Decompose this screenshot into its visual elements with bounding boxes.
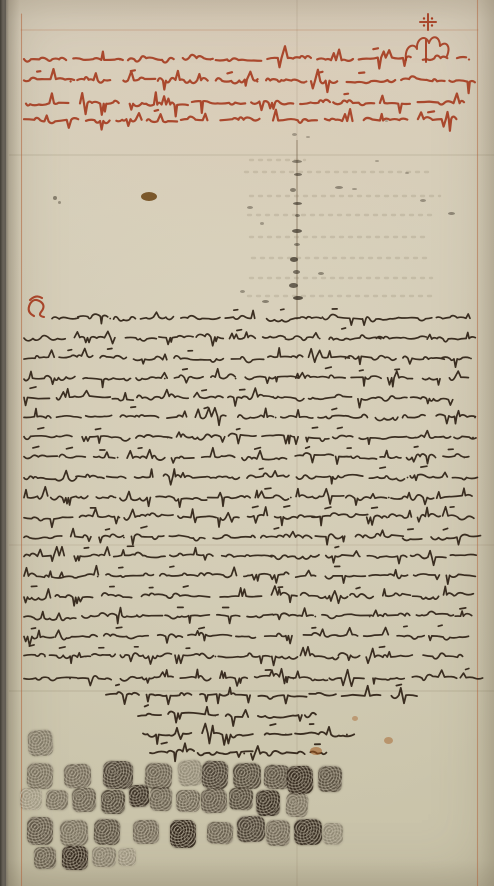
seal-stamp	[287, 766, 314, 795]
seal-stamp	[118, 848, 136, 866]
script-stroke	[24, 69, 475, 93]
ink-spot	[306, 136, 310, 138]
ink-spot	[293, 296, 303, 300]
seal-stamp	[34, 847, 57, 870]
seal-stamp	[323, 823, 344, 846]
seal-stamp	[27, 763, 54, 790]
cross-dot	[423, 24, 425, 26]
ink-spot	[290, 188, 296, 192]
script-stroke	[24, 46, 469, 68]
seal-stamp	[201, 789, 228, 814]
ink-spot	[294, 243, 300, 246]
seal-stamp	[294, 819, 322, 845]
seal-stamp	[94, 819, 121, 846]
seal-stamp	[62, 846, 88, 870]
seal-stamp	[202, 761, 229, 790]
seal-stamp	[128, 784, 149, 807]
script-stroke	[24, 387, 453, 408]
script-stroke	[26, 92, 464, 116]
script-stroke	[24, 506, 474, 528]
cross-dot	[431, 17, 433, 19]
ink-spot	[53, 196, 57, 200]
script-stroke	[138, 705, 316, 726]
seal-stamp	[256, 790, 280, 816]
cross-dot	[431, 24, 433, 26]
ink-spot	[405, 172, 409, 174]
ink-spot	[260, 222, 264, 225]
handwriting-layer	[0, 0, 494, 886]
ink-spot	[141, 192, 157, 201]
script-stroke	[29, 296, 44, 317]
seal-stamp	[266, 820, 290, 846]
script-stroke	[406, 37, 449, 62]
ink-spot	[289, 283, 298, 288]
seal-stamp	[229, 788, 254, 811]
seal-stamp	[144, 762, 172, 789]
seal-stamp	[237, 816, 266, 843]
ink-spot	[448, 212, 455, 215]
seal-stamp	[20, 788, 42, 810]
ink-spot	[384, 737, 393, 744]
script-stroke	[52, 309, 470, 325]
ink-spot	[290, 257, 298, 262]
manuscript-photograph	[0, 0, 494, 886]
script-stroke	[106, 685, 417, 705]
script-stroke	[24, 607, 472, 623]
script-stroke	[24, 586, 473, 606]
seal-stamp	[285, 792, 308, 817]
seal-stamp	[176, 790, 200, 812]
script-stroke	[24, 669, 483, 687]
seal-stamp	[150, 787, 173, 812]
ink-spot	[420, 199, 426, 202]
ink-spot	[262, 300, 269, 303]
seal-stamp	[27, 729, 53, 756]
seal-stamp	[103, 761, 133, 790]
ink-spot	[292, 229, 302, 233]
script-stroke	[24, 546, 476, 565]
ink-spot	[318, 272, 324, 275]
script-stroke	[24, 407, 475, 425]
script-stroke	[24, 447, 469, 465]
ink-spot	[294, 173, 302, 176]
ink-spot	[385, 120, 388, 122]
ink-spot	[310, 747, 322, 755]
seal-stamp	[133, 820, 159, 844]
seal-stamp	[60, 820, 89, 847]
script-stroke	[24, 109, 456, 131]
script-stroke	[24, 487, 472, 507]
seal-stamp	[170, 820, 196, 848]
script-stroke	[24, 367, 468, 387]
ink-spot	[292, 160, 302, 163]
seal-stamp	[101, 790, 125, 814]
seal-stamp	[177, 759, 203, 787]
ink-spot	[335, 186, 343, 189]
ink-spot	[240, 290, 245, 293]
ink-spot	[352, 188, 357, 190]
script-stroke	[24, 526, 481, 544]
seal-stamp	[207, 822, 234, 845]
script-stroke	[150, 743, 326, 762]
script-stroke	[24, 625, 468, 645]
script-stroke	[24, 645, 463, 666]
script-stroke	[143, 724, 354, 745]
seal-stamp	[318, 766, 342, 792]
seal-stamp	[64, 764, 92, 789]
ink-spot	[295, 214, 300, 217]
ink-spot	[375, 160, 379, 162]
script-stroke	[24, 427, 476, 444]
seal-stamp	[233, 763, 261, 789]
script-stroke	[24, 328, 475, 346]
ink-spot	[352, 716, 358, 721]
seal-stamp	[27, 817, 53, 845]
script-stroke	[24, 566, 475, 584]
seal-stamp	[72, 788, 97, 813]
script-stroke	[24, 348, 471, 367]
cross-dot	[423, 17, 425, 19]
script-stroke	[24, 466, 477, 485]
seal-stamp	[92, 847, 117, 868]
seal-stamp	[46, 790, 69, 811]
ink-spot	[293, 202, 302, 205]
ink-spot	[247, 206, 253, 209]
ink-spot	[58, 201, 61, 204]
ink-spot	[293, 270, 300, 274]
ink-spot	[292, 133, 297, 136]
script-stroke	[420, 14, 436, 30]
